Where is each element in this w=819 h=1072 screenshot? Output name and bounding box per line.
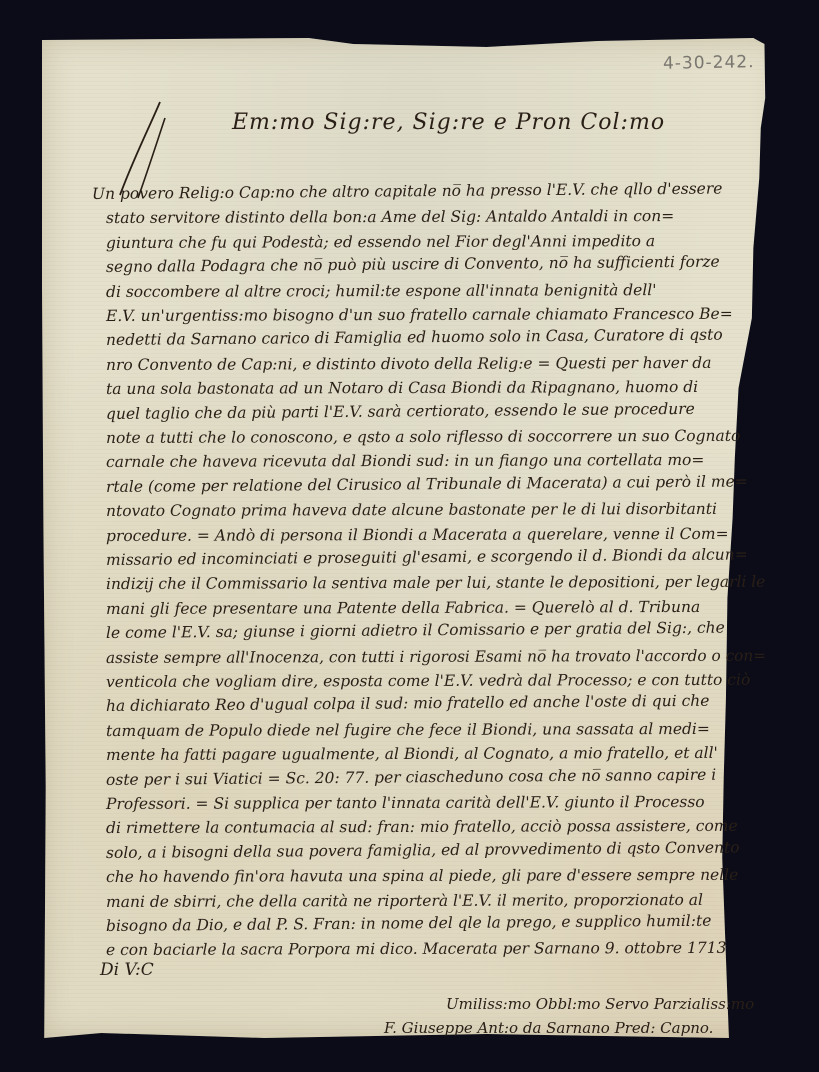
letter-line: e con baciarle la sacra Porpora mi dico.… bbox=[106, 934, 727, 964]
archive-number: 4-30-242. bbox=[663, 52, 755, 74]
salutation: Em:mo Sig:re, Sig:re e Pron Col:mo bbox=[232, 110, 665, 135]
signature: F. Giuseppe Ant:o da Sarnano Pred: Capno… bbox=[384, 1019, 713, 1037]
signoff-mark: Di V:C bbox=[100, 960, 154, 980]
closing-formula: Umiliss:mo Obbl:mo Servo Parzialiss:mo bbox=[446, 995, 754, 1013]
